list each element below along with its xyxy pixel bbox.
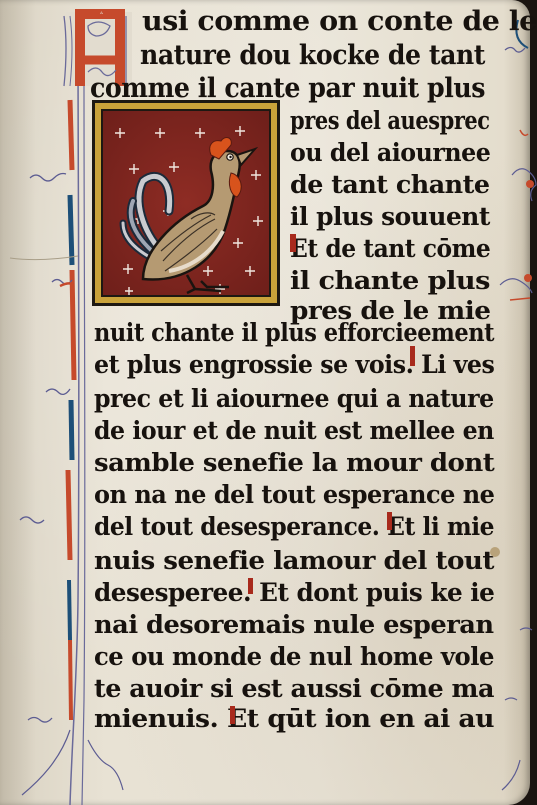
rubric-mark-et-4 (230, 706, 235, 724)
rubric-mark-et-2 (387, 512, 392, 530)
rubric-mark-et-3 (248, 578, 253, 594)
rubric-marks (0, 0, 537, 805)
rubric-mark-li (410, 346, 415, 366)
manuscript-page: A (0, 0, 530, 805)
rubric-mark-et-1 (290, 234, 296, 252)
stain-spot (490, 547, 500, 557)
